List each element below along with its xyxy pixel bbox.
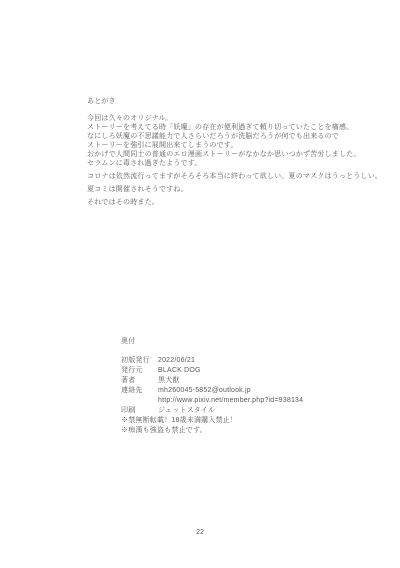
afterword-paragraph: 夏コミは開催されそうですね。 <box>87 185 382 194</box>
scanned-page: あとがき 今回は久々のオリジナル。 ストーリーを考えてる時「妖魔」の存在が便利過… <box>0 0 400 568</box>
author-name: 黒犬獣 <box>158 376 303 386</box>
colophon-label: 連絡先 <box>121 386 158 396</box>
afterword-line: おかげで人間同士の普通のエロ漫画ストーリーがなかなか思いつかず苦労しました。 <box>87 150 382 159</box>
afterword-line: コロナは依然流行ってますがそろそろ本当に終わって欲しい。夏のマスクはうっとうしい… <box>87 172 382 181</box>
colophon-note: ※禁無断転載！18歳未満購入禁止！ <box>121 416 303 426</box>
pixiv-url: http://www.pixiv.net/member.php?id=93813… <box>158 396 303 406</box>
colophon-notes: ※禁無断転載！18歳未満購入禁止！ ※痴漢も強盗も禁止です。 <box>121 416 303 436</box>
afterword-paragraph: コロナは依然流行ってますがそろそろ本当に終わって欲しい。夏のマスクはうっとうしい… <box>87 172 382 181</box>
colophon-row: http://www.pixiv.net/member.php?id=93813… <box>121 396 303 406</box>
afterword-line: それではその時また。 <box>87 198 382 207</box>
colophon-section: 奥付 初版発行 2022/06/21 発行元 BLACK DOG 著者 黒犬獣 … <box>121 337 303 436</box>
contact-email: mh260045-5852@outlook.jp <box>158 386 303 396</box>
colophon-row: 著者 黒犬獣 <box>121 376 303 386</box>
colophon-label <box>121 396 158 406</box>
colophon-label: 著者 <box>121 376 158 386</box>
first-edition-date: 2022/06/21 <box>158 356 303 366</box>
afterword-paragraph: それではその時また。 <box>87 198 382 207</box>
afterword-line: 夏コミは開催されそうですね。 <box>87 185 382 194</box>
afterword-section: あとがき 今回は久々のオリジナル。 ストーリーを考えてる時「妖魔」の存在が便利過… <box>87 97 382 211</box>
afterword-line: 今回は久々のオリジナル。 <box>87 114 382 123</box>
colophon-row: 発行元 BLACK DOG <box>121 366 303 376</box>
afterword-line: セラムンに毒され過ぎたようです。 <box>87 159 382 168</box>
page-number: 22 <box>0 528 400 537</box>
afterword-line: なにしろ妖魔の不思議能力で人さらいだろうが洗脳だろうが何でも出来るので <box>87 132 382 141</box>
colophon-row: 印刷 ジェットスタイル <box>121 406 303 416</box>
colophon-label: 印刷 <box>121 406 158 416</box>
colophon-title: 奥付 <box>121 337 303 347</box>
colophon-note: ※痴漢も強盗も禁止です。 <box>121 426 303 436</box>
colophon-row: 初版発行 2022/06/21 <box>121 356 303 366</box>
printer-name: ジェットスタイル <box>158 406 303 416</box>
afterword-line: ストーリーを強引に展開出来てしまうのです。 <box>87 141 382 150</box>
colophon-row: 連絡先 mh260045-5852@outlook.jp <box>121 386 303 396</box>
colophon-label: 発行元 <box>121 366 158 376</box>
colophon-label: 初版発行 <box>121 356 158 366</box>
publisher-name: BLACK DOG <box>158 366 303 376</box>
afterword-paragraph: 今回は久々のオリジナル。 ストーリーを考えてる時「妖魔」の存在が便利過ぎて頼り切… <box>87 114 382 168</box>
afterword-title: あとがき <box>87 97 382 106</box>
afterword-line: ストーリーを考えてる時「妖魔」の存在が便利過ぎて頼り切っていたことを痛感。 <box>87 123 382 132</box>
